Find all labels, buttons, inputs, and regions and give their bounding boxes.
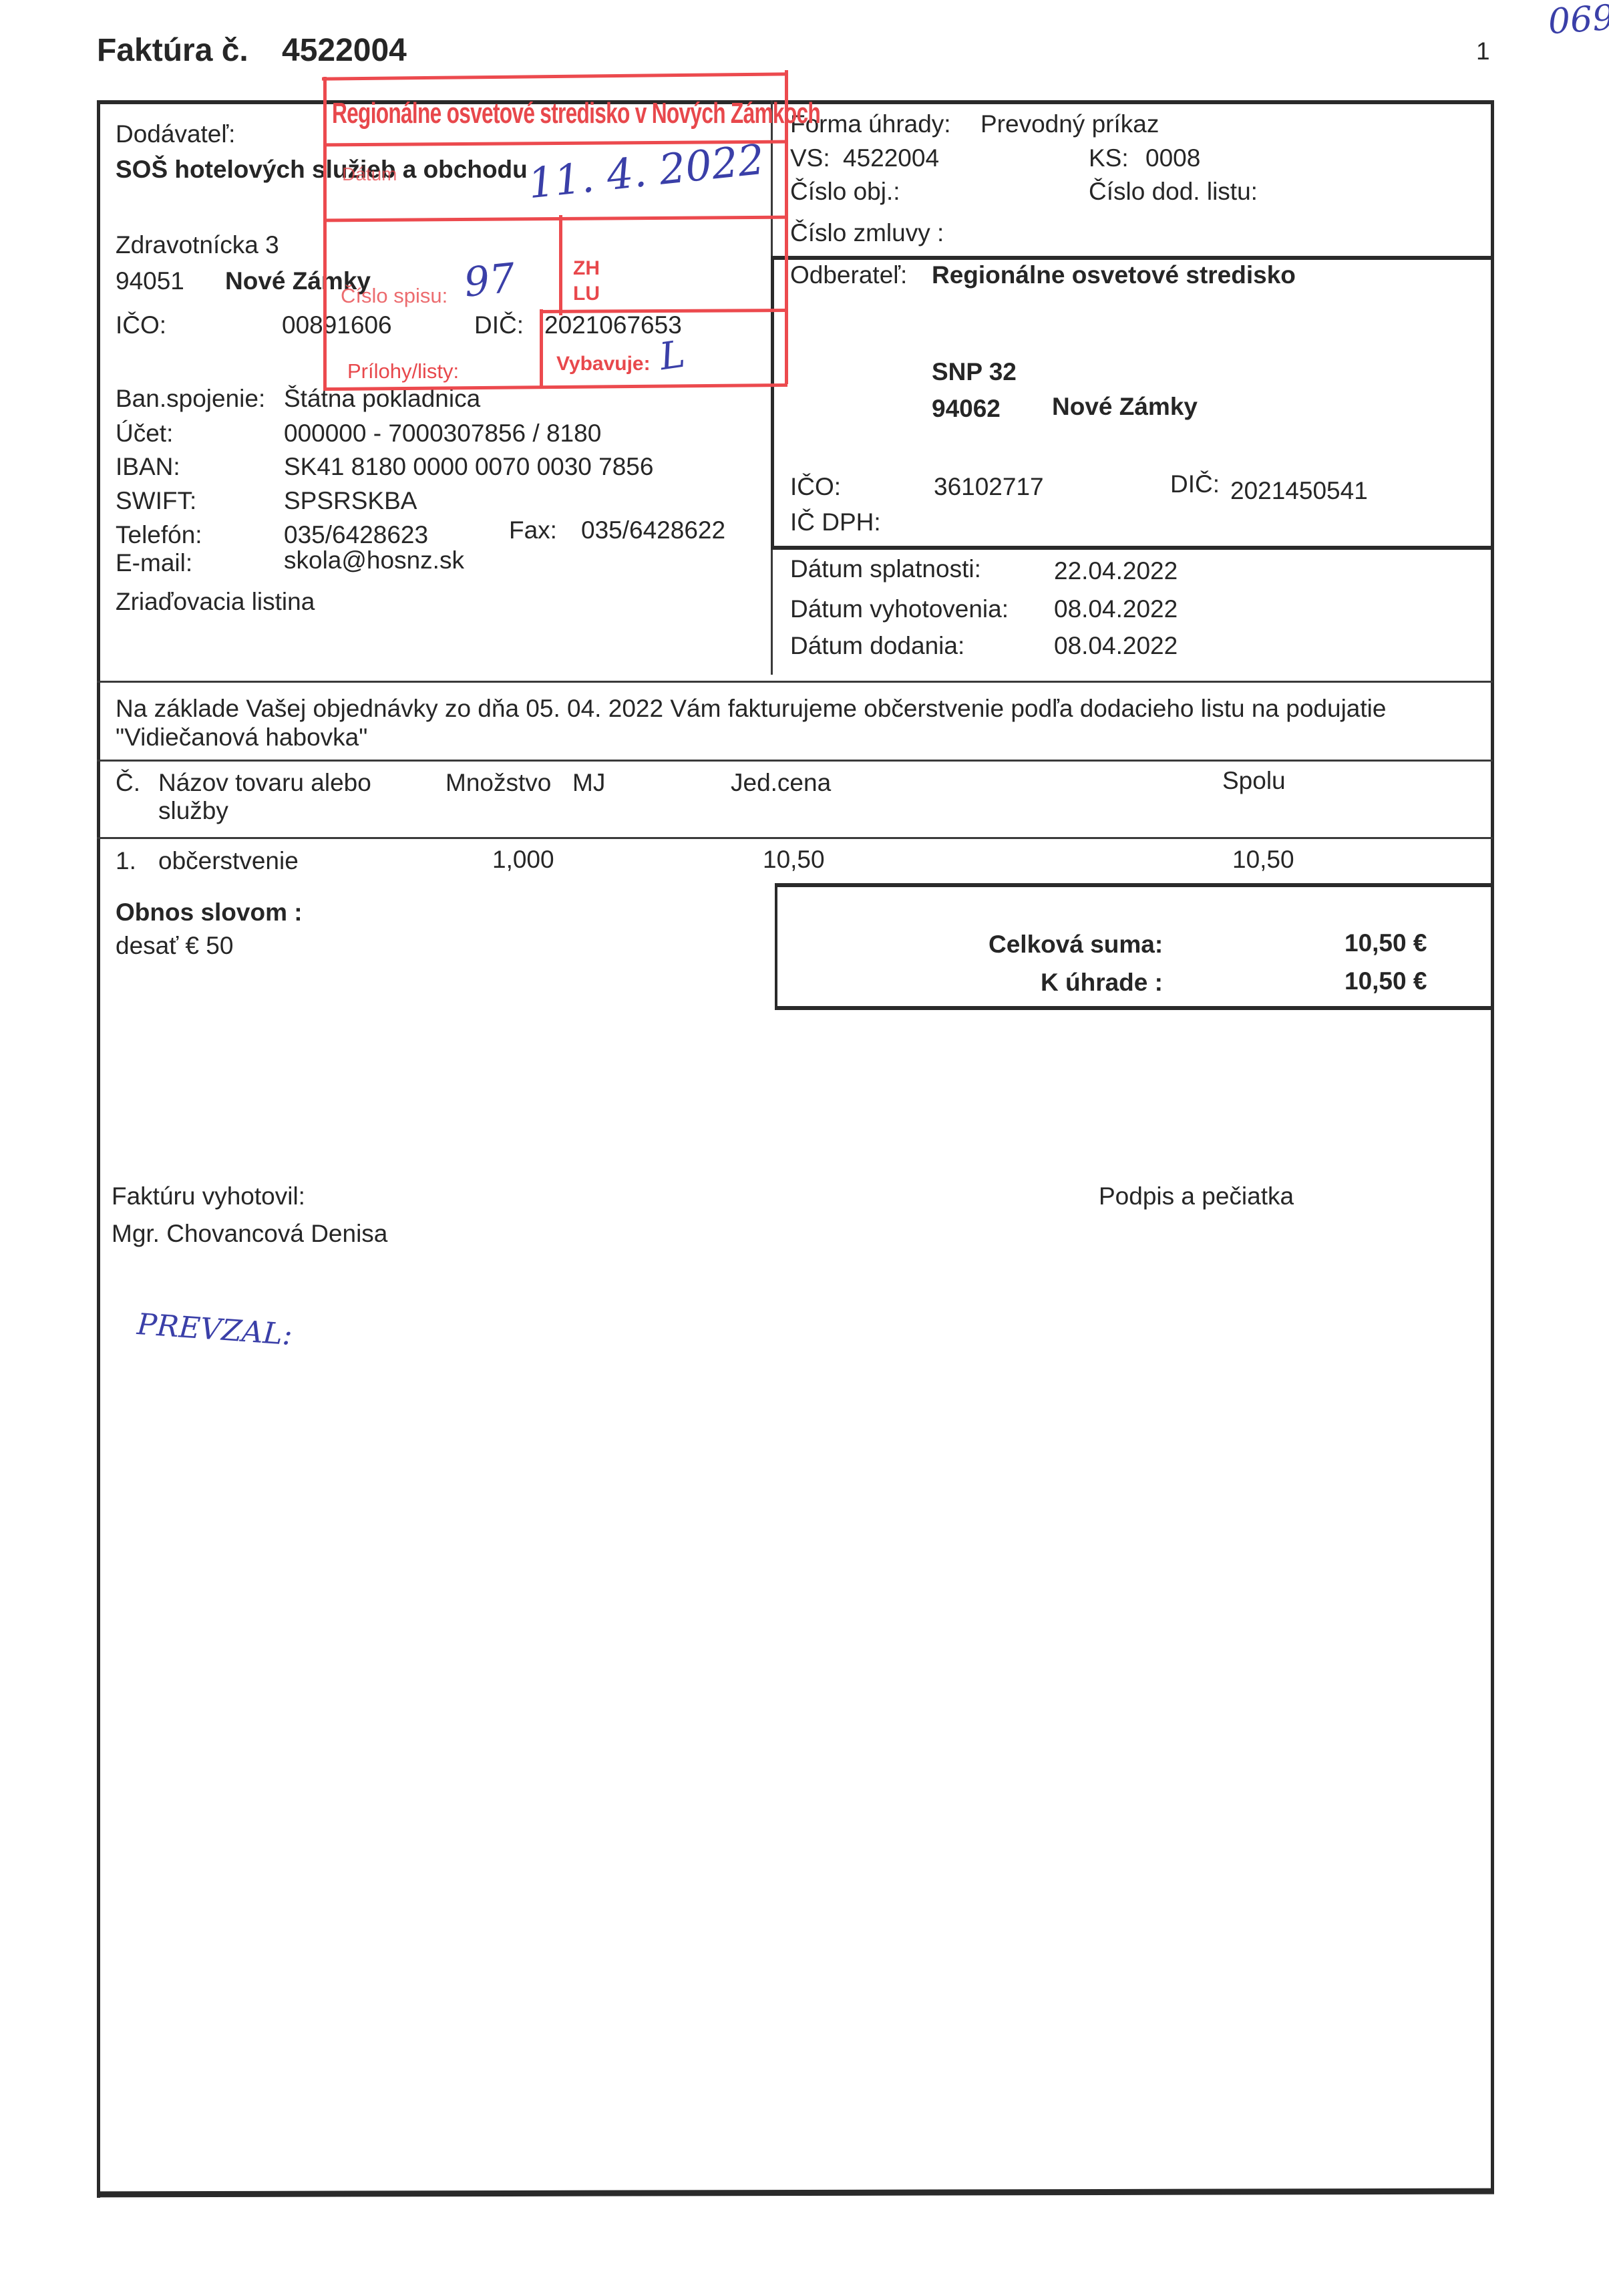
customer-dic: 2021450541 — [1230, 478, 1368, 503]
col-header-unit-price: Jed.cena — [731, 770, 831, 795]
totals-box-top — [775, 883, 1492, 887]
handwritten-reference-number: 069 — [1547, 0, 1609, 42]
row-quantity: 1,000 — [492, 847, 554, 872]
amount-in-words-label: Obnos slovom : — [116, 900, 303, 925]
intro-line-1: Na základe Vašej objednávky zo dňa 05. 0… — [116, 696, 1386, 721]
supplier-street: Zdravotnícka 3 — [116, 232, 279, 257]
stamp-divider-3 — [541, 309, 787, 313]
col-header-name: Názov tovaru alebo — [158, 770, 371, 795]
customer-dic-label: DIČ: — [1170, 472, 1220, 496]
vs-label: VS: — [790, 146, 830, 170]
issue-date: 08.04.2022 — [1054, 597, 1178, 621]
supplier-ico: 00891606 — [282, 313, 392, 337]
invoice-number: 4522004 — [282, 35, 407, 67]
invoice-title-label: Faktúra č. — [97, 35, 248, 67]
ks-value: 0008 — [1145, 146, 1200, 170]
due-date-label: Dátum splatnosti: — [790, 556, 981, 581]
delivery-note-label: Číslo dod. listu: — [1089, 179, 1258, 204]
row-item-name: občerstvenie — [158, 848, 299, 873]
table-header-top-divider — [97, 760, 1493, 762]
fax-value: 035/6428622 — [581, 518, 725, 542]
founding-document: Zriaďovacia listina — [116, 589, 315, 614]
issued-by-name: Mgr. Chovancová Denisa — [112, 1221, 387, 1246]
bank-label: Ban.spojenie: — [116, 386, 265, 411]
customer-box-left — [771, 256, 774, 548]
row-total: 10,50 — [1232, 847, 1294, 872]
totals-box-left — [775, 883, 777, 1010]
customer-street: SNP 32 — [932, 359, 1017, 384]
stamp-organization: Regionálne osvetové stredisko v Nových Z… — [332, 97, 820, 130]
supplier-dic: 2021067653 — [544, 313, 682, 337]
table-header-bottom-divider — [97, 837, 1493, 839]
swift-value: SPSRSKBA — [284, 488, 417, 513]
stamp-code-zh: ZH — [573, 257, 600, 280]
swift-label: SWIFT: — [116, 488, 196, 513]
ks-label: KS: — [1089, 146, 1129, 170]
stamp-date-label: Dátum — [342, 164, 397, 185]
phone-value: 035/6428623 — [284, 522, 428, 547]
customer-city: Nové Zámky — [1052, 394, 1198, 419]
stamp-divider-vertical-2 — [540, 309, 543, 386]
payment-method: Prevodný príkaz — [980, 112, 1159, 136]
due-date: 22.04.2022 — [1054, 558, 1178, 583]
iban-value: SK41 8180 0000 0070 0030 7856 — [284, 454, 653, 479]
intro-top-divider — [97, 681, 1493, 683]
amount-due-label: K úhrade : — [1041, 970, 1163, 995]
stamp-handler-initials: L — [657, 333, 688, 379]
customer-icdph-label: IČ DPH: — [790, 510, 881, 534]
customer-name: Regionálne osvetové stredisko — [932, 263, 1296, 287]
customer-box-top — [771, 256, 1492, 260]
delivery-date: 08.04.2022 — [1054, 633, 1178, 658]
issued-by-label: Faktúru vyhotovil: — [112, 1184, 305, 1208]
stamp-divider-2 — [325, 216, 786, 222]
contract-number-label: Číslo zmluvy : — [790, 220, 944, 245]
col-header-unit: MJ — [572, 770, 605, 795]
email-value: skola@hosnz.sk — [284, 548, 464, 572]
total-sum-label: Celková suma: — [989, 932, 1163, 957]
stamp-date-value: 11. 4. 2022 — [526, 135, 767, 208]
stamp-file-value: 97 — [462, 255, 518, 307]
fax-label: Fax: — [509, 518, 557, 542]
frame-left-border — [97, 100, 100, 2198]
amount-due-value: 10,50 € — [1345, 969, 1427, 993]
stamp-border-left — [323, 77, 327, 387]
page-number: 1 — [1476, 39, 1490, 63]
totals-box-bottom — [775, 1006, 1492, 1010]
supplier-ico-label: IČO: — [116, 313, 166, 337]
stamp-code-lu: LU — [573, 283, 600, 305]
row-unit-price: 10,50 — [763, 847, 825, 872]
handwritten-received-note: PREVZAL: — [136, 1307, 294, 1352]
supplier-zip: 94051 — [116, 269, 184, 293]
issue-date-label: Dátum vyhotovenia: — [790, 597, 1009, 621]
signature-stamp-label: Podpis a pečiatka — [1099, 1184, 1294, 1208]
phone-label: Telefón: — [116, 522, 202, 547]
account-label: Účet: — [116, 421, 173, 446]
supplier-dic-label: DIČ: — [474, 313, 524, 337]
order-number-label: Číslo obj.: — [790, 179, 900, 204]
stamp-file-label: Číslo spisu: — [341, 284, 448, 308]
total-sum-value: 10,50 € — [1345, 931, 1427, 955]
frame-right-border — [1491, 100, 1494, 2194]
col-header-name-cont: služby — [158, 798, 228, 823]
frame-bottom-border — [97, 2188, 1494, 2198]
stamp-divider-vertical-1 — [559, 215, 562, 315]
email-label: E-mail: — [116, 550, 192, 575]
intro-line-2: "Vidiečanová habovka" — [116, 725, 367, 750]
delivery-date-label: Dátum dodania: — [790, 633, 964, 658]
account-number: 000000 - 7000307856 / 8180 — [284, 421, 601, 446]
stamp-border-top — [322, 72, 786, 80]
customer-ico-label: IČO: — [790, 474, 841, 499]
iban-label: IBAN: — [116, 454, 180, 479]
vs-value: 4522004 — [843, 146, 939, 170]
col-header-number: Č. — [116, 770, 140, 795]
stamp-handler-label: Vybavuje: — [556, 353, 651, 375]
customer-ico: 36102717 — [934, 474, 1044, 499]
row-number: 1. — [116, 848, 136, 873]
customer-box-bottom — [771, 546, 1492, 550]
customer-zip: 94062 — [932, 396, 1001, 421]
supplier-name: SOŠ hotelových služieb a obchodu — [116, 157, 528, 182]
amount-in-words: desať € 50 — [116, 933, 233, 958]
stamp-attachments-label: Prílohy/listy: — [347, 359, 459, 383]
customer-label: Odberateľ: — [790, 263, 907, 287]
col-header-quantity: Množstvo — [445, 770, 551, 795]
supplier-label: Dodávateľ: — [116, 122, 235, 146]
col-header-total: Spolu — [1222, 768, 1286, 793]
